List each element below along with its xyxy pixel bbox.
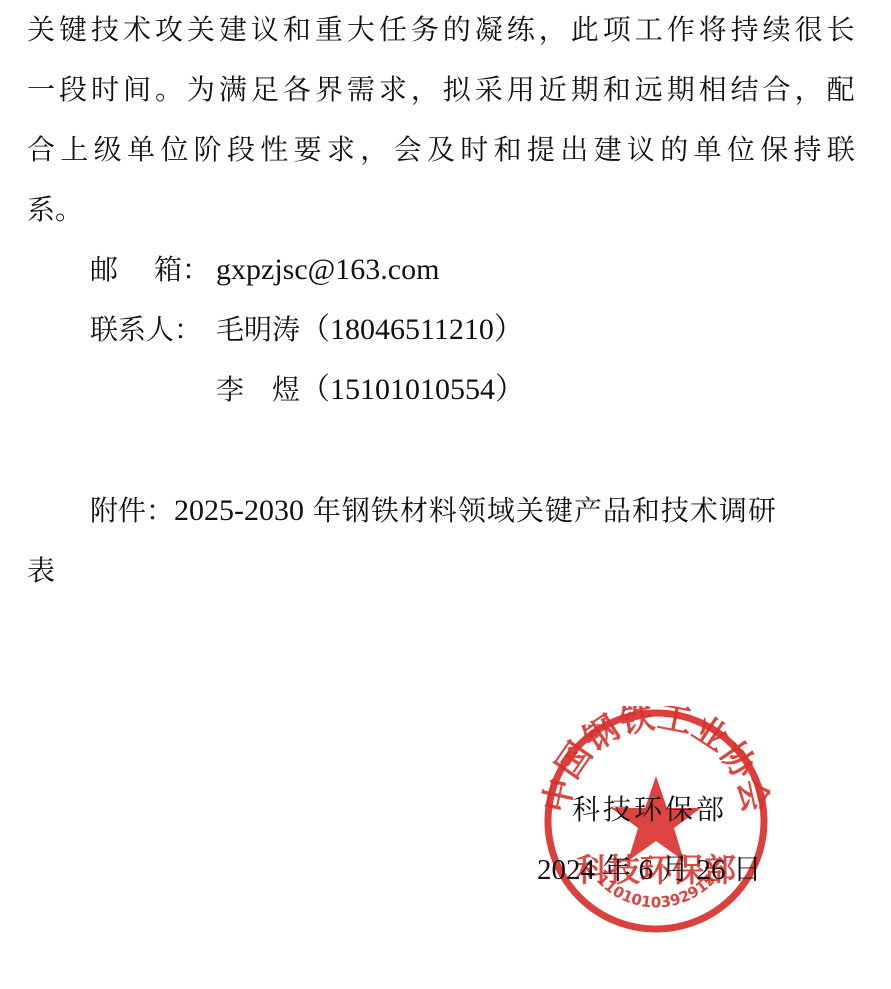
contact-person-1-phone: （18046511210） [300,313,524,346]
paragraph-char: 满 [219,70,247,110]
paragraph-char: 议 [251,10,279,50]
paragraph-char: 很 [795,10,823,50]
paragraph-char: ， [539,10,567,50]
paragraph-char: 配 [827,70,855,110]
attachment-line: 附件：2025-2030 年钢铁材料领域关键产品和技术调研 [90,491,777,531]
attachment-title: 年钢铁材料领域关键产品和技术调研 [313,494,777,527]
paragraph-char: 攻 [155,10,183,50]
paragraph-char: 为 [187,70,215,110]
paragraph-char: ， [411,70,439,110]
paragraph-char: 术 [123,10,151,50]
paragraph-char: 结 [731,70,759,110]
paragraph-char: 重 [315,10,343,50]
paragraph-char: 关 [27,10,55,50]
paragraph-char: 一 [27,70,55,110]
attachment-year-range: 2025-2030 [174,494,304,527]
paragraph-char: 出 [560,130,588,170]
paragraph-char: 和 [603,70,631,110]
paragraph-char: 单 [694,130,722,170]
paragraph-char: 技 [91,10,119,50]
attachment-label: 附件： [90,494,174,527]
paragraph-char: 阶 [194,130,222,170]
paragraph-char: 凝 [475,10,503,50]
paragraph-char: 将 [699,10,727,50]
paragraph-char: 要 [294,130,322,170]
paragraph-char: 作 [667,10,695,50]
email-row: 邮箱：gxpzjsc@163.com [90,250,439,290]
paragraph-char: 保 [760,130,788,170]
paragraph-char: 工 [635,10,663,50]
paragraph-char: 间 [123,70,151,110]
paragraph-line-2: 一段时间。为满足各界需求，拟采用近期和远期相结合，配 [27,70,855,110]
signature-department: 科技环保部 [572,790,727,830]
paragraph-char: 位 [160,130,188,170]
paragraph-char: 界 [315,70,343,110]
paragraph-char: ， [360,130,388,170]
paragraph-char: 求 [327,130,355,170]
paragraph-char: 续 [763,10,791,50]
paragraph-char: 段 [59,70,87,110]
paragraph-char: 单 [127,130,155,170]
paragraph-char: 段 [227,130,255,170]
paragraph-char: 位 [727,130,755,170]
paragraph-char: 需 [347,70,375,110]
paragraph-char: 的 [660,130,688,170]
paragraph-char: 建 [219,10,247,50]
signature-date: 2024 年 6 月 26 日 [537,850,762,890]
paragraph-char: 项 [603,10,631,50]
paragraph-char: 合 [763,70,791,110]
contact-person-2-phone: （15101010554） [300,373,525,406]
paragraph-char: 远 [635,70,663,110]
paragraph-char: 上 [60,130,88,170]
paragraph-line-1: 关键技术攻关建议和重大任务的凝练，此项工作将持续很长 [27,10,855,50]
paragraph-char: 持 [794,130,822,170]
paragraph-char: 和 [494,130,522,170]
paragraph-char: 议 [627,130,655,170]
paragraph-char: 关 [187,10,215,50]
paragraph-char: 练 [507,10,535,50]
paragraph-char: 合 [27,130,55,170]
paragraph-char: 求 [379,70,407,110]
paragraph-char: 级 [94,130,122,170]
paragraph-char: 任 [379,10,407,50]
email-value: gxpzjsc@163.com [216,253,439,286]
contact-person-2-name-1: 李 [216,370,272,410]
paragraph-char: 采 [475,70,503,110]
paragraph-char: 及 [427,130,455,170]
paragraph-char: 期 [667,70,695,110]
contact-person-2-name-2: 煜 [272,373,300,406]
contact-person-row-2: 李煜（15101010554） [216,370,525,410]
paragraph-char: 大 [347,10,375,50]
paragraph-char: 时 [460,130,488,170]
paragraph-char: 足 [251,70,279,110]
paragraph-line-4: 系。 [27,190,855,230]
paragraph-char: 时 [91,70,119,110]
paragraph-char: 。 [155,70,183,110]
paragraph-char: 联 [827,130,855,170]
email-label: 邮箱： [90,250,216,290]
paragraph-char: 务 [411,10,439,50]
paragraph-line-3: 合上级单位阶段性要求，会及时和提出建议的单位保持联 [27,130,855,170]
paragraph-char: 期 [571,70,599,110]
paragraph-char: 和 [283,10,311,50]
paragraph-char: ， [795,70,823,110]
paragraph-char: 相 [699,70,727,110]
paragraph-char: 提 [527,130,555,170]
paragraph-char: 性 [260,130,288,170]
paragraph-char: 键 [59,10,87,50]
paragraph-char: 建 [594,130,622,170]
paragraph-char: 持 [731,10,759,50]
attachment-title-wrap: 表 [27,551,855,591]
contact-person-row-1: 联系人：毛明涛（18046511210） [90,310,524,350]
paragraph-char: 近 [539,70,567,110]
paragraph-char: 用 [507,70,535,110]
paragraph-char: 会 [394,130,422,170]
contact-person-1-name: 毛明涛 [216,313,300,346]
paragraph-char: 拟 [443,70,471,110]
paragraph-char: 长 [827,10,855,50]
contact-person-label: 联系人： [90,310,216,350]
paragraph-char: 各 [283,70,311,110]
paragraph-char: 的 [443,10,471,50]
paragraph-char: 此 [571,10,599,50]
